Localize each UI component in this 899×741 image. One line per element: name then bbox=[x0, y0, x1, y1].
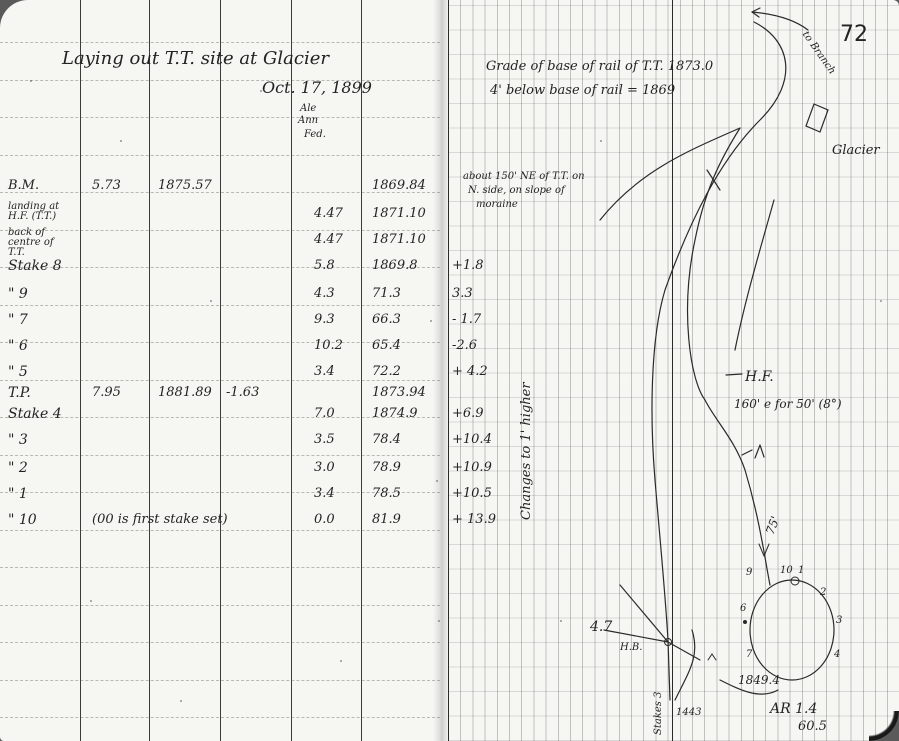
circle-point-1: 1 bbox=[798, 566, 804, 576]
scan-speck bbox=[120, 140, 122, 142]
scan-speck bbox=[260, 90, 262, 92]
circle-point-2: 2 bbox=[820, 588, 826, 598]
scan-speck bbox=[30, 80, 32, 82]
label-left-elev: 4.7 bbox=[590, 620, 612, 634]
scan-speck bbox=[560, 620, 562, 622]
label-ar: AR 1.4 bbox=[770, 702, 817, 716]
scan-speck bbox=[430, 320, 432, 322]
label-bottom-elev: 1849.4 bbox=[738, 674, 780, 686]
scan-speck bbox=[180, 700, 182, 702]
scan-speck bbox=[880, 300, 882, 302]
circle-point-6: 6 bbox=[740, 604, 746, 614]
scan-speck bbox=[436, 480, 438, 482]
notebook-spread: Laying out T.T. site at Glacier Oct. 17,… bbox=[0, 0, 899, 741]
page-corner bbox=[869, 711, 899, 741]
scan-speck bbox=[600, 140, 602, 142]
circle-point-10: 10 bbox=[780, 566, 793, 576]
scan-speck bbox=[438, 620, 440, 622]
scan-speck bbox=[210, 300, 212, 302]
label-hf-note: 160' e for 50' (8°) bbox=[734, 398, 842, 410]
label-vertical-margin: Stakes 3 bbox=[654, 692, 664, 735]
circle-point-3: 3 bbox=[836, 616, 842, 626]
label-left-mark: H.B. bbox=[620, 643, 642, 653]
label-glacier: Glacier bbox=[832, 144, 880, 157]
scan-speck bbox=[400, 210, 402, 212]
label-bottom-left: 1443 bbox=[676, 708, 701, 718]
circle-point-4: 4 bbox=[834, 650, 840, 660]
label-hf: H.F. bbox=[745, 370, 774, 384]
label-ar-value: 60.5 bbox=[798, 720, 827, 733]
scan-speck bbox=[90, 600, 92, 602]
circle-point-7: 7 bbox=[746, 650, 752, 660]
scan-speck bbox=[340, 660, 342, 662]
circle-point-9: 9 bbox=[746, 568, 752, 578]
